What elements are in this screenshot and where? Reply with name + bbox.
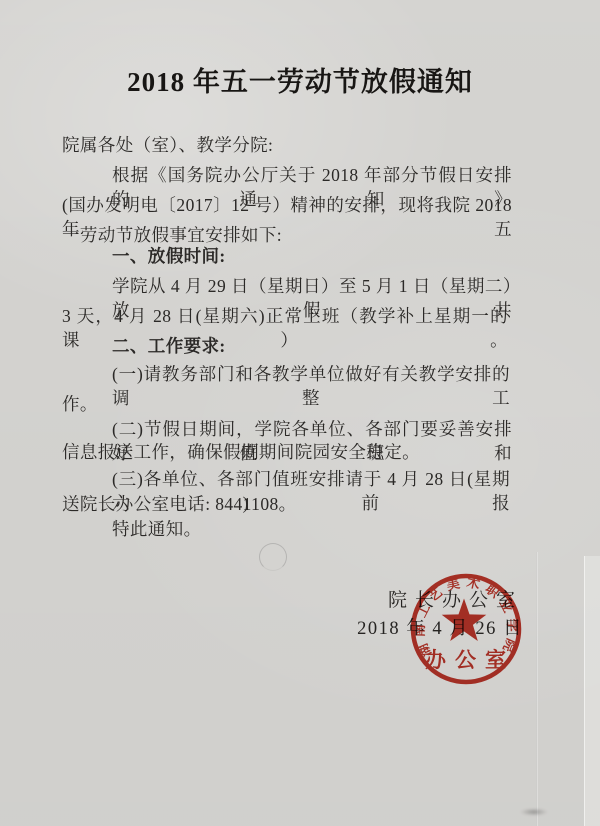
body-line: 院属各处（室）、教学分院: bbox=[62, 133, 273, 157]
body-line-heading: 一、放假时间: bbox=[112, 244, 226, 268]
official-seal: 湖南工艺美术职业学院 办公室 bbox=[404, 567, 528, 691]
paper-edge-fold bbox=[584, 556, 600, 826]
scan-artifact-circle bbox=[259, 543, 287, 571]
scan-smudge-mark bbox=[520, 808, 548, 816]
seal-office-text: 办公室 bbox=[425, 648, 515, 672]
paper-crease-line bbox=[536, 552, 538, 826]
body-line-heading: 二、工作要求: bbox=[112, 334, 226, 358]
page-title: 2018 年五一劳动节放假通知 bbox=[0, 60, 600, 99]
body-line: 特此通知。 bbox=[112, 517, 202, 541]
body-line: 作。 bbox=[62, 392, 98, 416]
seal-star-icon bbox=[442, 599, 487, 642]
body-line: 送院长办公室电话: 8441108。 bbox=[62, 492, 297, 516]
scanned-document-page: 2018 年五一劳动节放假通知 院属各处（室）、教学分院: 根据《国务院办公厅关… bbox=[0, 0, 600, 826]
body-line: 信息报送工作，确保假期期间院园安全稳定。 bbox=[62, 440, 420, 464]
body-line: (一)请教务部门和各教学单位做好有关教学安排的调整工 bbox=[112, 362, 510, 410]
